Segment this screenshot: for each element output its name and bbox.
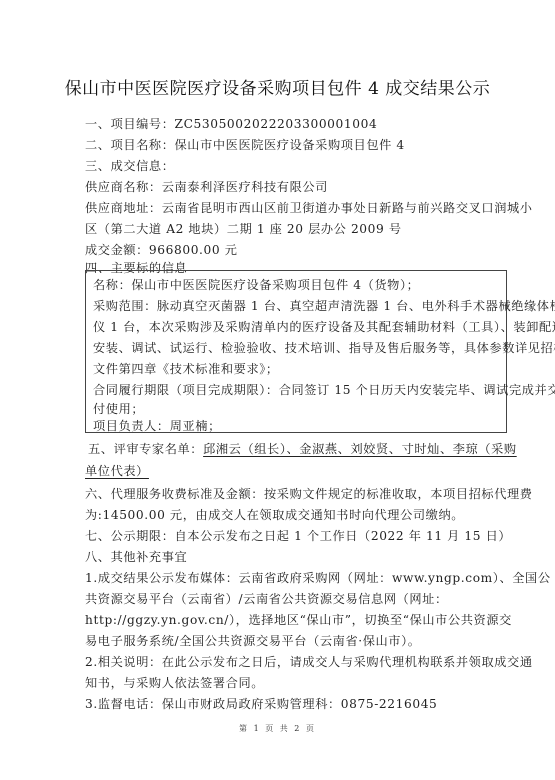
media-line-2: 共资源交易平台（云南省）/云南省公共资源交易信息网（网址： xyxy=(85,591,448,607)
supplier-address-line-1: 供应商地址：云南省昆明市西山区前卫街道办事处日新路与前兴路交叉口润城小 xyxy=(85,200,533,216)
expert-list: 五、评审专家名单：邱湘云（组长）、金淑燕、刘姣贤、寸时灿、李琼（采购 xyxy=(88,441,517,457)
contract-period-line-1: 合同履行期限（项目完成期限）：合同签订 15 个日历天内安装完毕、调试完成并交 xyxy=(93,382,555,398)
section-heading-other: 八、其他补充事宜 xyxy=(85,549,187,565)
agency-fee-line-2: 为:14500.00 元，由成交人在领取成交通知书时向代理公司缴纳。 xyxy=(85,507,464,523)
main-subject-box: 名称：保山市中医医院医疗设备采购项目包件 4（货物）； 采购范围：脉动真空灭菌器… xyxy=(85,270,507,433)
media-line-1: 1.成交结果公示发布媒体：云南省政府采购网（网址：www.yngp.com）、全… xyxy=(85,570,551,586)
project-name: 二、项目名称：保山市中医医院医疗设备采购项目包件 4 xyxy=(85,137,405,153)
agency-fee-line-1: 六、代理服务收费标准及金额：按采购文件规定的标准收取，本项目招标代理费 xyxy=(85,486,533,502)
procurement-scope-line-1: 采购范围：脉动真空灭菌器 1 台、真空超声清洗器 1 台、电外科手术器械绝缘体检… xyxy=(93,298,555,314)
supervision-phone: 3.监督电话：保山市财政局政府采购管理科：0875-2216045 xyxy=(85,696,437,712)
page-footer: 第 1 页 共 2 页 xyxy=(0,723,555,734)
project-manager: 项目负责人：周亚楠； xyxy=(93,418,221,434)
section-heading-deal-info: 三、成交信息： xyxy=(85,158,175,174)
announcement-period: 七、公示期限：自本公示发布之日起 1 个工作日（2022 年 11 月 15 日… xyxy=(85,528,511,544)
media-line-3: http://ggzy.yn.gov.cn/），选择地区“保山市”，切换至“保山… xyxy=(85,612,512,628)
document-title: 保山市中医医院医疗设备采购项目包件 4 成交结果公示 xyxy=(0,74,555,99)
media-line-4: 易电子服务系统/全国公共资源交易平台（云南省·保山市）。 xyxy=(85,633,421,649)
procurement-scope-line-4: 文件第四章《技术标准和要求》； xyxy=(93,361,279,377)
project-number: 一、项目编号：ZC5305002022203300001004 xyxy=(85,116,377,132)
expert-names-line-2: 单位代表） xyxy=(85,463,149,479)
supplier-address-line-2: 区（第二大道 A2 地块）二期 1 座 20 层办公 2009 号 xyxy=(85,221,402,237)
supplier-name: 供应商名称：云南泰利泽医疗科技有限公司 xyxy=(85,179,328,195)
note-line-1: 2.相关说明：在此公示发布之日后，请成交人与采购代理机构联系并领取成交通 xyxy=(85,654,533,670)
expert-names-line-1: 邱湘云（组长）、金淑燕、刘姣贤、寸时灿、李琼（采购 xyxy=(203,442,517,456)
note-line-2: 知书，与采购人依法签署合同。 xyxy=(85,675,264,691)
expert-list-label: 五、评审专家名单： xyxy=(88,442,203,456)
procurement-scope-line-2: 仪 1 台，本次采购涉及采购清单内的医疗设备及其配套辅助材料（工具）、装卸配送、 xyxy=(93,319,555,335)
subject-name: 名称：保山市中医医院医疗设备采购项目包件 4（货物）； xyxy=(93,277,419,293)
contract-period-line-2: 付使用； xyxy=(93,401,144,417)
deal-amount: 成交金额：966800.00 元 xyxy=(85,242,238,258)
procurement-scope-line-3: 安装、调试、试运行、检验验收、技术培训、指导及售后服务等，具体参数详见招标 xyxy=(93,340,555,356)
